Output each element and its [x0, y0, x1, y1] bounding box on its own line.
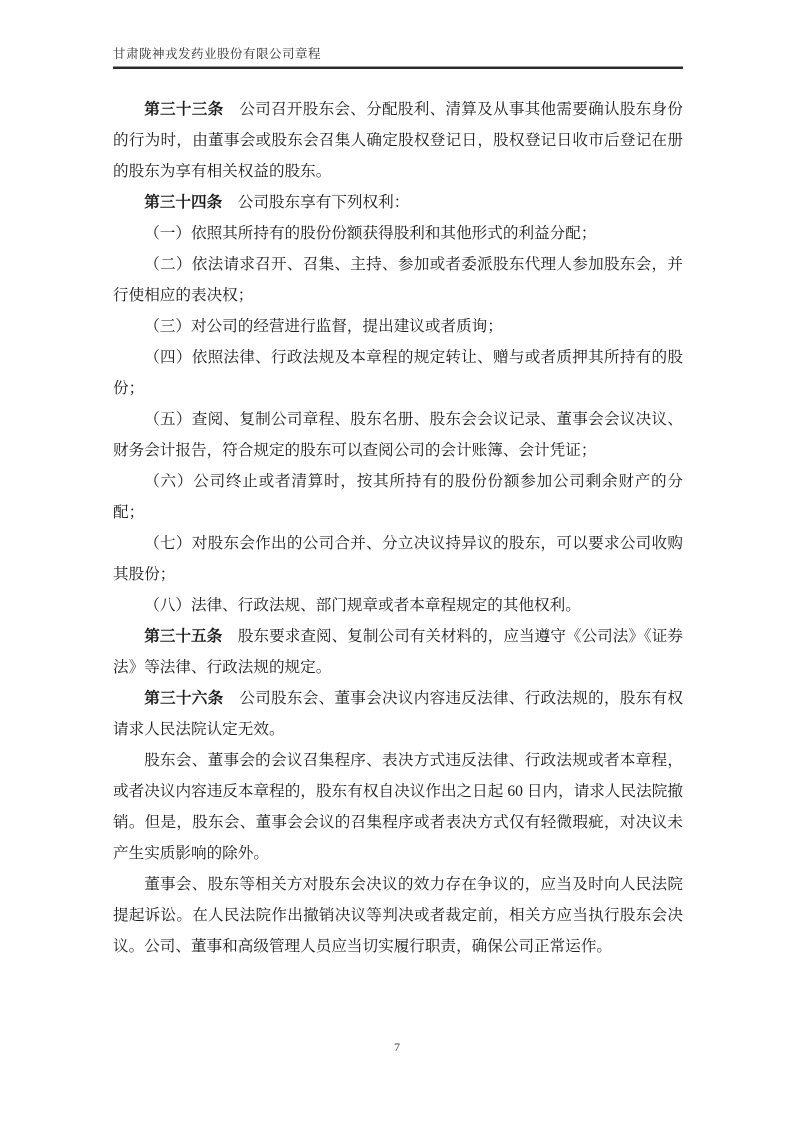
- body-paragraph: （七）对股东会作出的公司合并、分立决议持异议的股东，可以要求公司收购其股份；: [113, 528, 683, 590]
- body-paragraph: （六）公司终止或者清算时，按其所持有的股份份额参加公司剩余财产的分配；: [113, 466, 683, 528]
- page-header: 甘肃陇神戎发药业股份有限公司章程: [113, 46, 683, 69]
- body-paragraph: （一）依照其所持有的股份份额获得股利和其他形式的利益分配；: [113, 218, 683, 249]
- article-number: 第三十五条: [144, 628, 222, 645]
- article-paragraph: 第三十五条 股东要求查阅、复制公司有关材料的，应当遵守《公司法》《证券法》等法律…: [113, 621, 683, 683]
- body-paragraph: （四）依照法律、行政法规及本章程的规定转让、赠与或者质押其所持有的股份；: [113, 342, 683, 404]
- body-paragraph: 董事会、股东等相关方对股东会决议的效力存在争议的，应当及时向人民法院提起诉讼。在…: [113, 869, 683, 962]
- article-number: 第三十六条: [144, 690, 223, 707]
- body-paragraph: （二）依法请求召开、召集、主持、参加或者委派股东代理人参加股东会，并行使相应的表…: [113, 249, 683, 311]
- body-paragraph: （五）查阅、复制公司章程、股东名册、股东会会议记录、董事会会议决议、财务会计报告…: [113, 404, 683, 466]
- article-paragraph: 第三十三条 公司召开股东会、分配股利、清算及从事其他需要确认股东身份的行为时，由…: [113, 94, 683, 187]
- article-paragraph: 第三十六条 公司股东会、董事会决议内容违反法律、行政法规的，股东有权请求人民法院…: [113, 683, 683, 745]
- body-paragraph: （八）法律、行政法规、部门规章或者本章程规定的其他权利。: [113, 590, 683, 621]
- document-page: 甘肃陇神戎发药业股份有限公司章程 第三十三条 公司召开股东会、分配股利、清算及从…: [0, 0, 794, 1122]
- header-title: 甘肃陇神戎发药业股份有限公司章程: [113, 46, 683, 62]
- body-paragraph: 股东会、董事会的会议召集程序、表决方式违反法律、行政法规或者本章程，或者决议内容…: [113, 745, 683, 869]
- article-number: 第三十三条: [144, 101, 223, 118]
- body-paragraph: （三）对公司的经营进行监督，提出建议或者质询；: [113, 311, 683, 342]
- page-number: 7: [394, 1040, 400, 1054]
- document-body: 第三十三条 公司召开股东会、分配股利、清算及从事其他需要确认股东身份的行为时，由…: [113, 94, 683, 962]
- article-number: 第三十四条: [144, 194, 222, 211]
- article-paragraph: 第三十四条 公司股东享有下列权利：: [113, 187, 683, 218]
- page-footer: 7: [0, 1038, 794, 1056]
